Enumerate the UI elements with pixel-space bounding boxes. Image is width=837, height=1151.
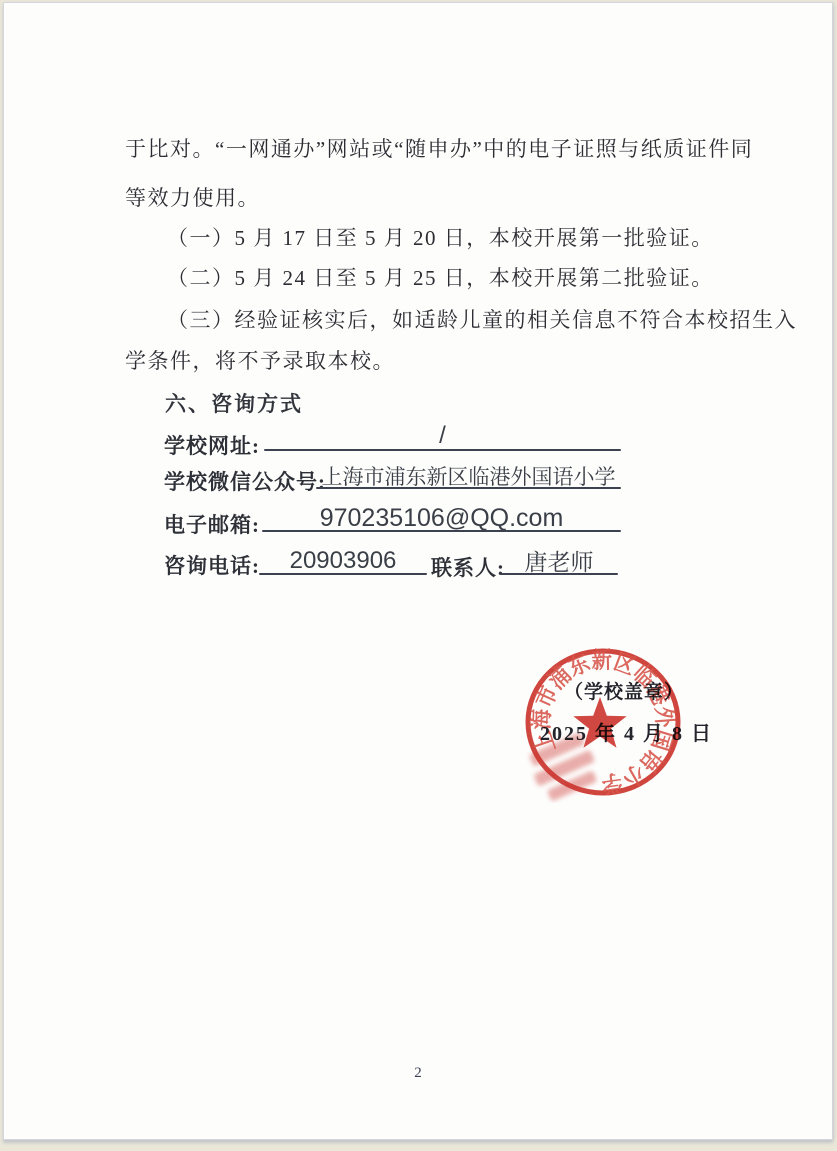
wechat-value: 上海市浦东新区临港外国语小学 xyxy=(312,461,625,491)
website-label: 学校网址: xyxy=(164,430,260,460)
list-item-one: （一）5 月 17 日至 5 月 20 日，本校开展第一批验证。 xyxy=(167,225,714,251)
seal-graphic: 上海市浦东新区临港外国语小学 xyxy=(520,645,686,803)
document-page: 于比对。“一网通办”网站或“随申办”中的电子证照与纸质证件同 等效力使用。 （一… xyxy=(3,2,833,1140)
email-label: 电子邮箱: xyxy=(164,509,260,539)
wechat-label: 学校微信公众号: xyxy=(164,466,326,496)
email-value: 970235106@QQ.com xyxy=(262,504,621,533)
contact-label: 联系人: xyxy=(431,552,505,582)
contact-value: 唐老师 xyxy=(500,544,618,577)
paragraph-line: 等效力使用。 xyxy=(125,185,260,211)
list-item-two: （二）5 月 24 日至 5 月 25 日，本校开展第二批验证。 xyxy=(167,265,714,291)
website-value: / xyxy=(264,422,621,450)
school-seal-stamp: 上海市浦东新区临港外国语小学 xyxy=(520,645,686,803)
page-number: 2 xyxy=(4,1065,832,1082)
phone-value: 20903906 xyxy=(259,547,427,575)
paragraph-line: 学条件，将不予录取本校。 xyxy=(125,348,395,374)
section-heading: 六、咨询方式 xyxy=(165,388,303,418)
scanned-document: { "paragraphs": [ {"text": "于比对。“一网通办”网站… xyxy=(0,0,837,1151)
phone-label: 咨询电话: xyxy=(164,550,260,580)
list-item-three: （三）经验证核实后，如适龄儿童的相关信息不符合本校招生入 xyxy=(167,307,797,333)
paragraph-line: 于比对。“一网通办”网站或“随申办”中的电子证照与纸质证件同 xyxy=(125,136,753,162)
